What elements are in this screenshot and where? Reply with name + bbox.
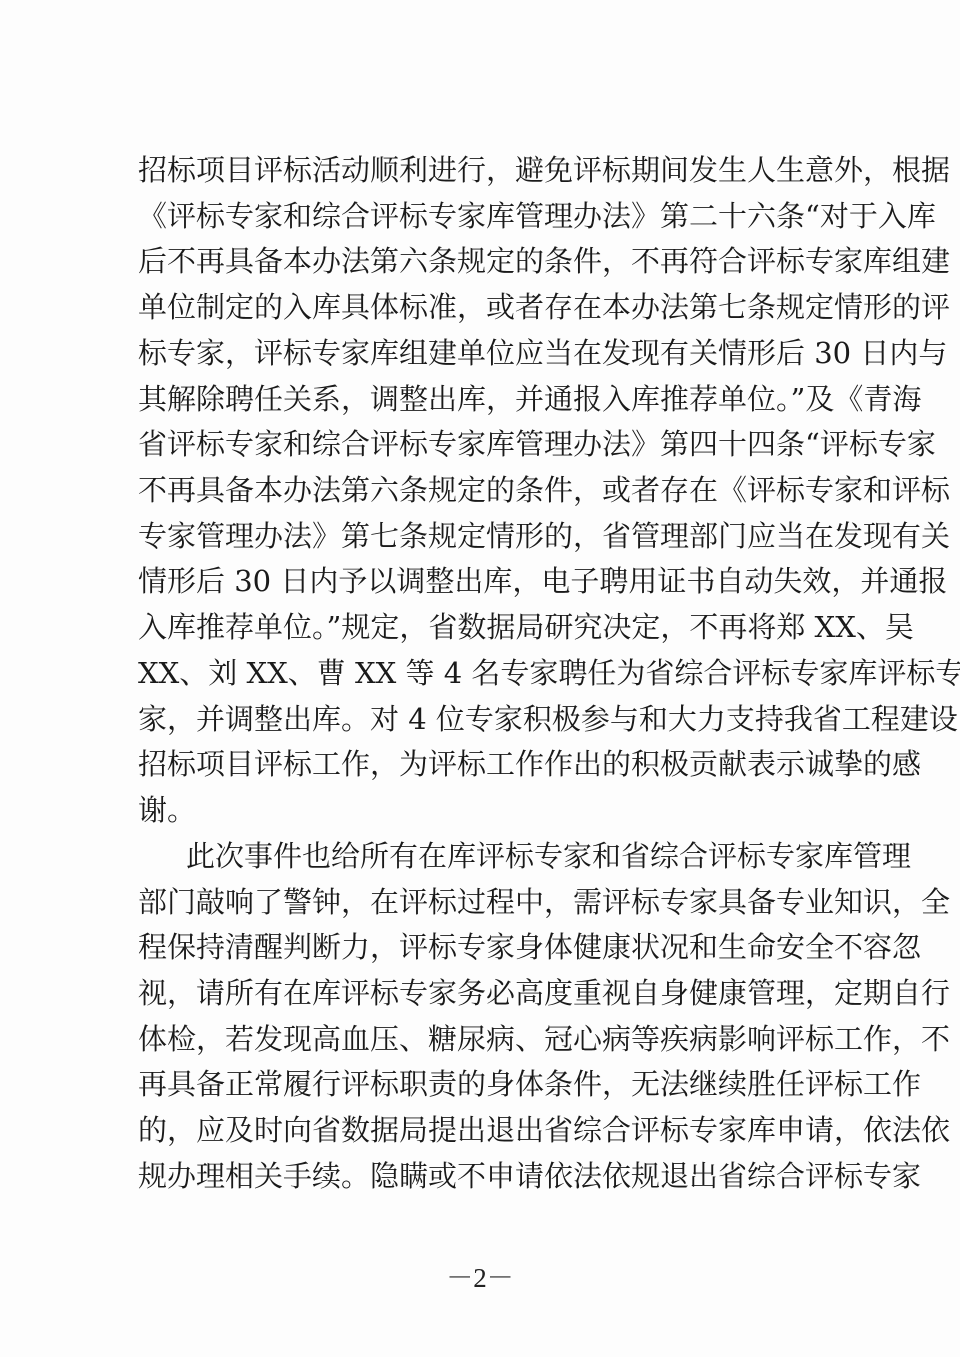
text-line: 程保持清醒判断力，评标专家身体健康状况和生命安全不容忽 bbox=[138, 930, 854, 964]
text-line: 省评标专家和综合评标专家库管理办法》第四十四条“评标专家 bbox=[138, 427, 854, 461]
text-line: 规办理相关手续。隐瞒或不申请依法依规退出省综合评标专家 bbox=[138, 1159, 854, 1193]
text-line: 入库推荐单位。”规定，省数据局研究决定，不再将郑 XX、吴 bbox=[138, 610, 854, 644]
text-line: 其解除聘任关系，调整出库，并通报入库推荐单位。”及《青海 bbox=[138, 382, 854, 416]
text-line: 不再具备本办法第六条规定的条件，或者存在《评标专家和评标 bbox=[138, 473, 854, 507]
text-line: 招标项目评标工作，为评标工作作出的积极贡献表示诚挚的感 bbox=[138, 747, 854, 781]
text-line: 情形后 30 日内予以调整出库，电子聘用证书自动失效，并通报 bbox=[138, 564, 854, 598]
text-line: 体检，若发现高血压、糖尿病、冠心病等疾病影响评标工作，不 bbox=[138, 1022, 854, 1056]
text-line: 谢。 bbox=[138, 793, 854, 827]
text-line: XX、刘 XX、曹 XX 等 4 名专家聘任为省综合评标专家库评标专 bbox=[138, 656, 854, 690]
document-page: 招标项目评标活动顺利进行，避免评标期间发生人生意外，根据 《评标专家和综合评标专… bbox=[0, 0, 960, 1357]
text-line: 单位制定的入库具体标准，或者存在本办法第七条规定情形的评 bbox=[138, 290, 854, 324]
text-line: 后不再具备本办法第六条规定的条件，不再符合评标专家库组建 bbox=[138, 244, 854, 278]
text-line: 家，并调整出库。对 4 位专家积极参与和大力支持我省工程建设 bbox=[138, 702, 854, 736]
text-line: 视，请所有在库评标专家务必高度重视自身健康管理，定期自行 bbox=[138, 976, 854, 1010]
text-line: 标专家，评标专家库组建单位应当在发现有关情形后 30 日内与 bbox=[138, 336, 854, 370]
text-line: 招标项目评标活动顺利进行，避免评标期间发生人生意外，根据 bbox=[138, 153, 854, 187]
text-line: 再具备正常履行评标职责的身体条件，无法继续胜任评标工作 bbox=[138, 1067, 854, 1101]
text-line: 此次事件也给所有在库评标专家和省综合评标专家库管理 bbox=[186, 839, 854, 873]
page-number: －2－ bbox=[0, 1256, 960, 1295]
text-line: 部门敲响了警钟，在评标过程中，需评标专家具备专业知识，全 bbox=[138, 885, 854, 919]
text-line: 《评标专家和综合评标专家库管理办法》第二十六条“对于入库 bbox=[138, 199, 854, 233]
text-line: 的，应及时向省数据局提出退出省综合评标专家库申请，依法依 bbox=[138, 1113, 854, 1147]
text-line: 专家管理办法》第七条规定情形的，省管理部门应当在发现有关 bbox=[138, 519, 854, 553]
